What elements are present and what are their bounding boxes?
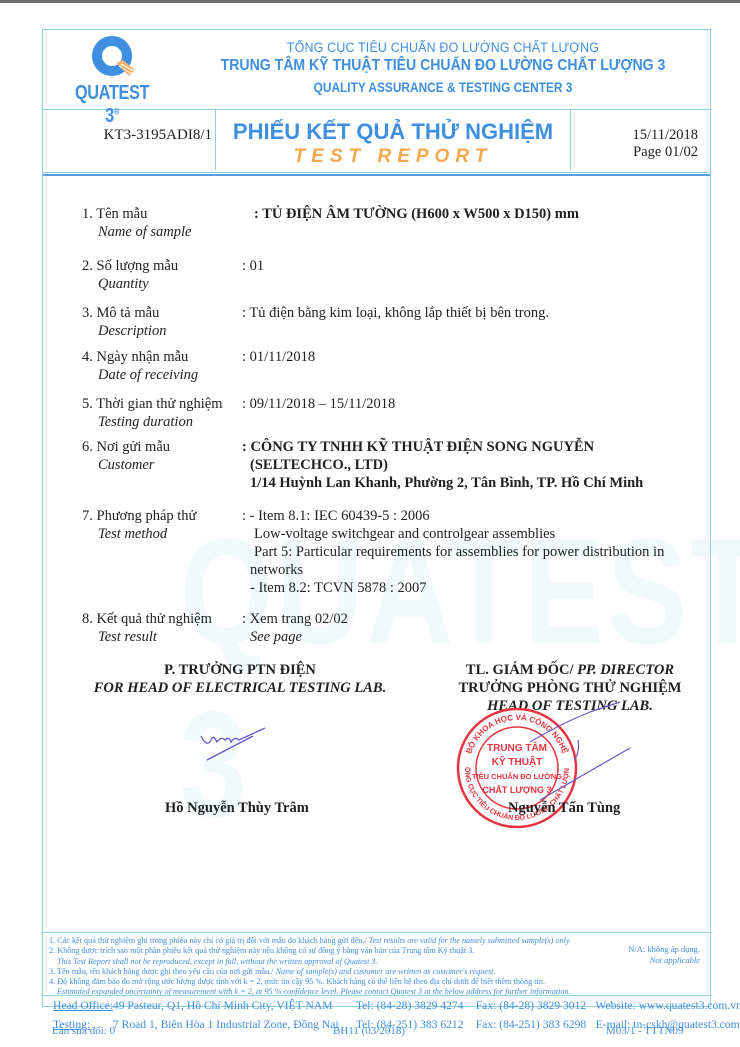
na-legend: N/A: không áp dụng. Not applicable — [628, 944, 700, 966]
website-link[interactable]: Website: www.quatest3.com.vn — [595, 999, 740, 1012]
note-4: 4. Độ không đảm bảo đo mở rộng ước lượng… — [49, 977, 619, 987]
footer-notes: 1. Các kết quả thử nghiệm ghi trong phiế… — [43, 932, 710, 976]
report-title-vi: PHIẾU KẾT QUẢ THỬ NGHIỆM — [216, 119, 570, 145]
logo-q-icon — [57, 36, 167, 84]
form-code: BH11 (03/2018) — [333, 1025, 405, 1037]
right-title2-vi: TRƯỞNG PHÒNG THỬ NGHIỆM — [425, 679, 715, 697]
page-number: Page 01/02 — [632, 144, 698, 161]
right-title-vi: TL. GIÁM ĐỐC/ — [466, 662, 574, 678]
org-header: QUATEST 3® TỔNG CỤC TIÊU CHUẨN ĐO LƯỜNG … — [43, 30, 710, 110]
note-3: 3. Tên mẫu, tên khách hàng được ghi theo… — [49, 967, 619, 977]
left-signer-name: Hồ Nguyễn Thùy Trâm — [165, 800, 309, 817]
report-header: KT3-3195ADI8/1 PHIẾU KẾT QUẢ THỬ NGHIỆM … — [43, 110, 710, 170]
signature-left-icon — [195, 722, 280, 767]
doc-code: M03/1 - TTTN09 — [606, 1025, 683, 1037]
left-title-vi: P. TRƯỞNG PTN ĐIỆN — [80, 661, 400, 679]
org-name-vi: TRUNG TÂM KỸ THUẬT TIÊU CHUẨN ĐO LƯỜNG C… — [214, 57, 672, 75]
header-divider — [43, 172, 710, 176]
report-title-en: TEST REPORT — [216, 146, 570, 168]
note-2-en: This Test Report shall not be reproduced… — [49, 957, 619, 967]
quatest-logo: QUATEST 3® — [57, 36, 167, 106]
revision-number: Lần sửa đổi: 0 — [52, 1025, 115, 1037]
report-number: KT3-3195ADI8/1 — [104, 127, 212, 144]
signature-block-left: P. TRƯỞNG PTN ĐIỆN FOR HEAD OF ELECTRICA… — [80, 661, 400, 697]
signature-right-icon — [520, 700, 640, 810]
note-2: 2. Không được trích sao một phần phiếu k… — [49, 946, 619, 956]
scan-edge — [0, 0, 740, 3]
org-name-en: QUALITY ASSURANCE & TESTING CENTER 3 — [214, 80, 672, 95]
org-parent: TỔNG CỤC TIÊU CHUẨN ĐO LƯỜNG CHẤT LƯỢNG — [204, 40, 682, 55]
note-1: 1. Các kết quả thử nghiệm ghi trong phiế… — [49, 936, 619, 946]
contact-head-office: Head Office: 49 Pasteur, Q1, Hồ Chí Minh… — [53, 999, 740, 1012]
left-title-en: FOR HEAD OF ELECTRICAL TESTING LAB. — [80, 679, 400, 697]
report-date: 15/11/2018 — [632, 127, 698, 144]
